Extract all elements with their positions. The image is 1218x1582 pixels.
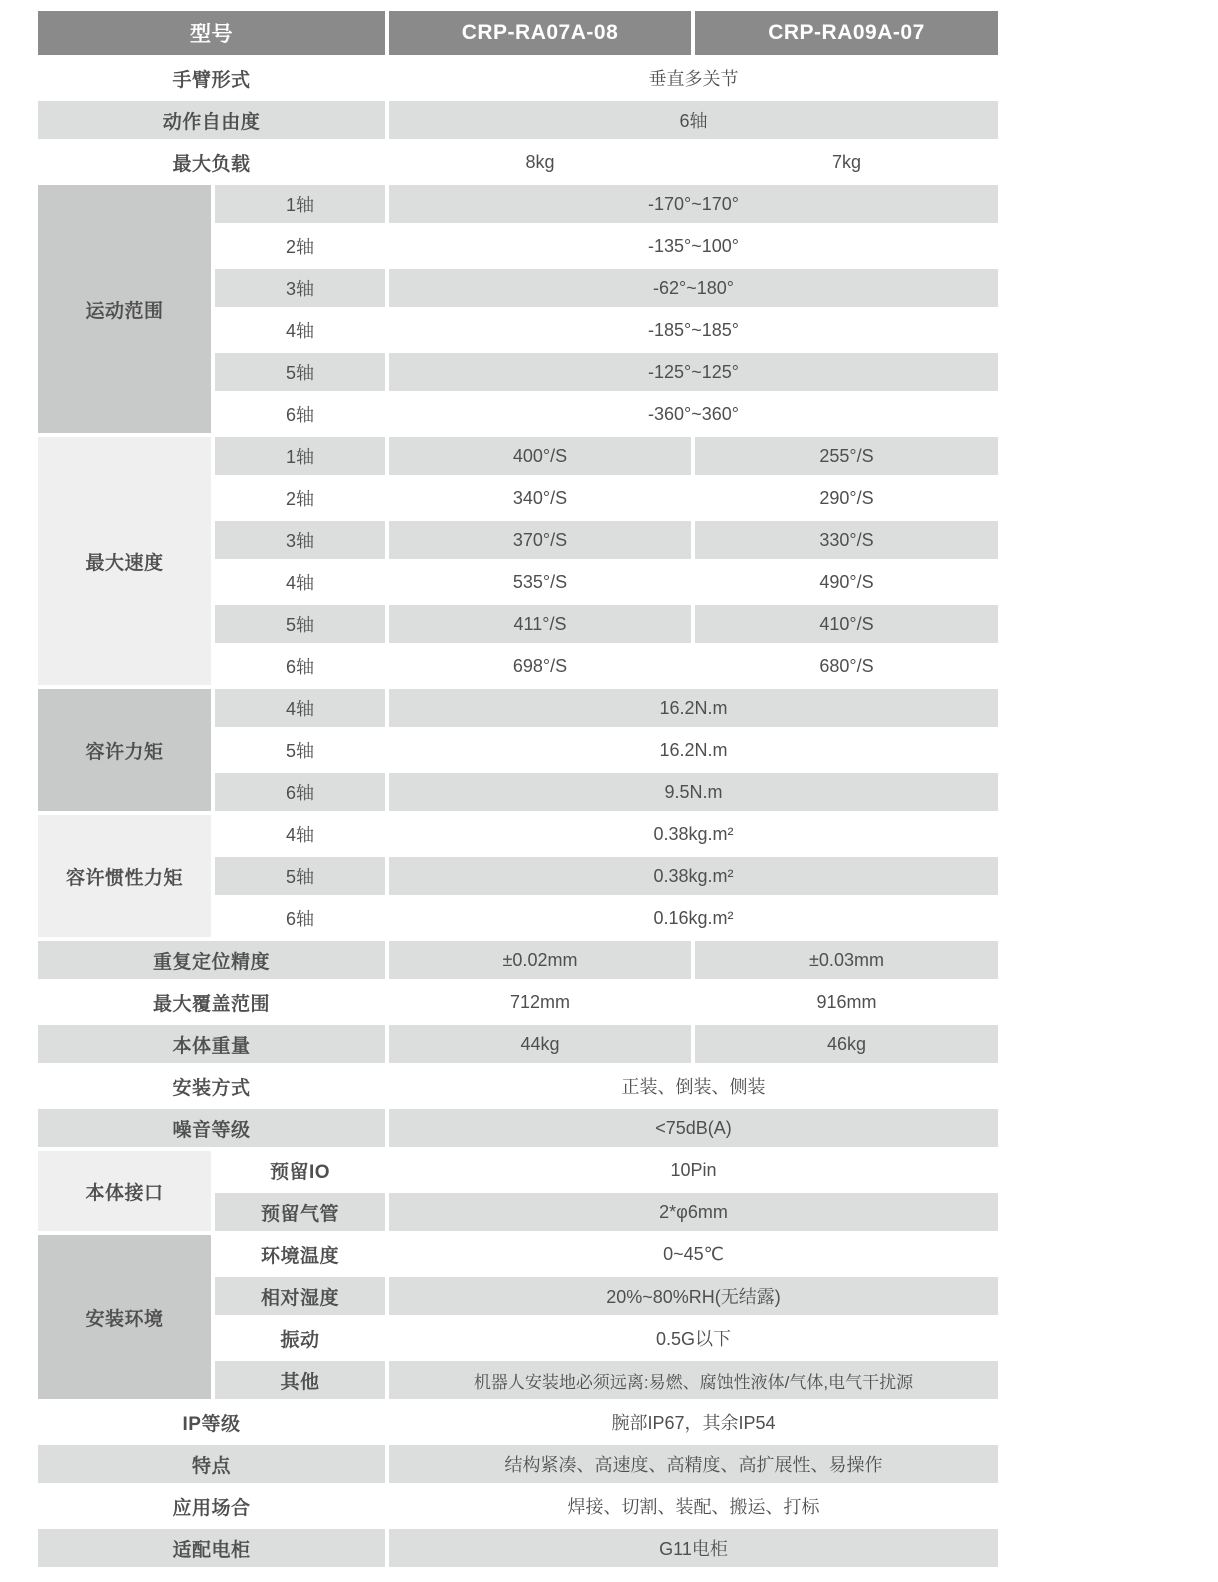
axis-value-model-a: 340°/S bbox=[389, 479, 691, 517]
axis-value-model-b: 410°/S bbox=[695, 605, 998, 643]
axis-row: 4轴 16.2N.m bbox=[215, 689, 998, 727]
axis-value-model-a: 698°/S bbox=[389, 647, 691, 685]
environment-label: 振动 bbox=[215, 1319, 385, 1357]
section-label: 最大速度 bbox=[38, 437, 211, 685]
row-label: 最大覆盖范围 bbox=[38, 983, 385, 1021]
header-model-a: CRP-RA07A-08 bbox=[389, 11, 691, 55]
interface-row: 预留气管 2*φ6mm bbox=[215, 1193, 998, 1231]
section-allowable-inertia: 容许惯性力矩 4轴 0.38kg.m² 5轴 0.38kg.m² 6轴 0.16… bbox=[38, 815, 998, 937]
axis-label: 5轴 bbox=[215, 731, 385, 769]
axis-value-model-b: 290°/S bbox=[695, 479, 998, 517]
axis-row: 1轴 -170°~170° bbox=[215, 185, 998, 223]
row-value: G11电柜 bbox=[389, 1529, 998, 1567]
row-value: 6轴 bbox=[389, 101, 998, 139]
environment-value: 20%~80%RH(无结露) bbox=[389, 1277, 998, 1315]
row-label: 手臂形式 bbox=[38, 59, 385, 97]
axis-label: 6轴 bbox=[215, 773, 385, 811]
row-value-model-a: ±0.02mm bbox=[389, 941, 691, 979]
section-rows: 1轴 -170°~170° 2轴 -135°~100° 3轴 -62°~180°… bbox=[215, 185, 998, 433]
axis-value: 0.16kg.m² bbox=[389, 899, 998, 937]
row-value: <75dB(A) bbox=[389, 1109, 998, 1147]
axis-value-model-a: 535°/S bbox=[389, 563, 691, 601]
row-max-reach: 最大覆盖范围 712mm 916mm bbox=[38, 983, 998, 1021]
row-cabinet: 适配电柜 G11电柜 bbox=[38, 1529, 998, 1567]
row-value: 结构紧凑、高速度、高精度、高扩展性、易操作 bbox=[389, 1445, 998, 1483]
row-body-weight: 本体重量 44kg 46kg bbox=[38, 1025, 998, 1063]
row-dof: 动作自由度 6轴 bbox=[38, 101, 998, 139]
axis-row: 4轴 535°/S 490°/S bbox=[215, 563, 998, 601]
row-value-model-b: 46kg bbox=[695, 1025, 998, 1063]
interface-row: 预留IO 10Pin bbox=[215, 1151, 998, 1189]
axis-row: 5轴 16.2N.m bbox=[215, 731, 998, 769]
section-label: 本体接口 bbox=[38, 1151, 211, 1231]
axis-label: 1轴 bbox=[215, 185, 385, 223]
axis-label: 6轴 bbox=[215, 647, 385, 685]
axis-row: 3轴 370°/S 330°/S bbox=[215, 521, 998, 559]
row-max-payload: 最大负载 8kg 7kg bbox=[38, 143, 998, 181]
row-label: 最大负载 bbox=[38, 143, 385, 181]
environment-value: 机器人安装地必须远离:易燃、腐蚀性液体/气体,电气干扰源 bbox=[389, 1361, 998, 1399]
row-repeatability: 重复定位精度 ±0.02mm ±0.03mm bbox=[38, 941, 998, 979]
interface-value: 2*φ6mm bbox=[389, 1193, 998, 1231]
row-value-model-b: ±0.03mm bbox=[695, 941, 998, 979]
axis-row: 3轴 -62°~180° bbox=[215, 269, 998, 307]
axis-label: 3轴 bbox=[215, 521, 385, 559]
row-label: 应用场合 bbox=[38, 1487, 385, 1525]
axis-label: 6轴 bbox=[215, 899, 385, 937]
axis-label: 2轴 bbox=[215, 479, 385, 517]
row-value: 垂直多关节 bbox=[389, 59, 998, 97]
interface-value: 10Pin bbox=[389, 1151, 998, 1189]
robot-spec-table: 型号 CRP-RA07A-08 CRP-RA09A-07 手臂形式 垂直多关节 … bbox=[38, 11, 998, 1567]
header-model-label: 型号 bbox=[38, 11, 385, 55]
environment-label: 相对湿度 bbox=[215, 1277, 385, 1315]
row-value: 腕部IP67，其余IP54 bbox=[389, 1403, 998, 1441]
axis-value-model-a: 400°/S bbox=[389, 437, 691, 475]
axis-row: 6轴 698°/S 680°/S bbox=[215, 647, 998, 685]
axis-value: 0.38kg.m² bbox=[389, 857, 998, 895]
table-header-row: 型号 CRP-RA07A-08 CRP-RA09A-07 bbox=[38, 11, 998, 55]
environment-row: 其他 机器人安装地必须远离:易燃、腐蚀性液体/气体,电气干扰源 bbox=[215, 1361, 998, 1399]
axis-label: 4轴 bbox=[215, 563, 385, 601]
axis-row: 6轴 0.16kg.m² bbox=[215, 899, 998, 937]
axis-value-model-a: 370°/S bbox=[389, 521, 691, 559]
row-label: 重复定位精度 bbox=[38, 941, 385, 979]
row-ip-rating: IP等级 腕部IP67，其余IP54 bbox=[38, 1403, 998, 1441]
axis-label: 4轴 bbox=[215, 311, 385, 349]
row-applications: 应用场合 焊接、切割、装配、搬运、打标 bbox=[38, 1487, 998, 1525]
header-model-b: CRP-RA09A-07 bbox=[695, 11, 998, 55]
section-rows: 4轴 16.2N.m 5轴 16.2N.m 6轴 9.5N.m bbox=[215, 689, 998, 811]
axis-value: -360°~360° bbox=[389, 395, 998, 433]
axis-value-model-b: 330°/S bbox=[695, 521, 998, 559]
row-value-model-a: 8kg bbox=[389, 143, 691, 181]
environment-row: 相对湿度 20%~80%RH(无结露) bbox=[215, 1277, 998, 1315]
axis-row: 6轴 -360°~360° bbox=[215, 395, 998, 433]
row-features: 特点 结构紧凑、高速度、高精度、高扩展性、易操作 bbox=[38, 1445, 998, 1483]
row-noise-level: 噪音等级 <75dB(A) bbox=[38, 1109, 998, 1147]
row-label: 本体重量 bbox=[38, 1025, 385, 1063]
environment-label: 环境温度 bbox=[215, 1235, 385, 1273]
row-label: 适配电柜 bbox=[38, 1529, 385, 1567]
axis-label: 3轴 bbox=[215, 269, 385, 307]
axis-row: 4轴 -185°~185° bbox=[215, 311, 998, 349]
axis-value-model-b: 680°/S bbox=[695, 647, 998, 685]
row-label: 安装方式 bbox=[38, 1067, 385, 1105]
axis-value-model-b: 255°/S bbox=[695, 437, 998, 475]
axis-value-model-b: 490°/S bbox=[695, 563, 998, 601]
spec-sheet-page: 型号 CRP-RA07A-08 CRP-RA09A-07 手臂形式 垂直多关节 … bbox=[0, 0, 1218, 1582]
axis-label: 5轴 bbox=[215, 857, 385, 895]
axis-value: -135°~100° bbox=[389, 227, 998, 265]
axis-value: -125°~125° bbox=[389, 353, 998, 391]
axis-row: 5轴 -125°~125° bbox=[215, 353, 998, 391]
axis-row: 2轴 340°/S 290°/S bbox=[215, 479, 998, 517]
row-label: 特点 bbox=[38, 1445, 385, 1483]
environment-value: 0~45℃ bbox=[389, 1235, 998, 1273]
row-value-model-b: 916mm bbox=[695, 983, 998, 1021]
axis-value: 16.2N.m bbox=[389, 689, 998, 727]
environment-label: 其他 bbox=[215, 1361, 385, 1399]
environment-value: 0.5G以下 bbox=[389, 1319, 998, 1357]
row-value: 正装、倒装、侧装 bbox=[389, 1067, 998, 1105]
axis-value: -62°~180° bbox=[389, 269, 998, 307]
axis-row: 5轴 0.38kg.m² bbox=[215, 857, 998, 895]
interface-label: 预留IO bbox=[215, 1151, 385, 1189]
axis-label: 5轴 bbox=[215, 605, 385, 643]
section-body-interface: 本体接口 预留IO 10Pin 预留气管 2*φ6mm bbox=[38, 1151, 998, 1231]
axis-row: 2轴 -135°~100° bbox=[215, 227, 998, 265]
section-install-environment: 安装环境 环境温度 0~45℃ 相对湿度 20%~80%RH(无结露) 振动 0… bbox=[38, 1235, 998, 1399]
axis-value: 0.38kg.m² bbox=[389, 815, 998, 853]
axis-row: 1轴 400°/S 255°/S bbox=[215, 437, 998, 475]
row-value-model-a: 712mm bbox=[389, 983, 691, 1021]
section-label: 安装环境 bbox=[38, 1235, 211, 1399]
environment-row: 环境温度 0~45℃ bbox=[215, 1235, 998, 1273]
axis-label: 4轴 bbox=[215, 815, 385, 853]
axis-value: 16.2N.m bbox=[389, 731, 998, 769]
row-label: IP等级 bbox=[38, 1403, 385, 1441]
axis-label: 5轴 bbox=[215, 353, 385, 391]
row-mounting: 安装方式 正装、倒装、侧装 bbox=[38, 1067, 998, 1105]
axis-row: 4轴 0.38kg.m² bbox=[215, 815, 998, 853]
section-allowable-torque: 容许力矩 4轴 16.2N.m 5轴 16.2N.m 6轴 9.5N.m bbox=[38, 689, 998, 811]
section-motion-range: 运动范围 1轴 -170°~170° 2轴 -135°~100° 3轴 -62°… bbox=[38, 185, 998, 433]
axis-label: 2轴 bbox=[215, 227, 385, 265]
section-label: 容许力矩 bbox=[38, 689, 211, 811]
row-label: 动作自由度 bbox=[38, 101, 385, 139]
section-label: 运动范围 bbox=[38, 185, 211, 433]
row-label: 噪音等级 bbox=[38, 1109, 385, 1147]
section-rows: 1轴 400°/S 255°/S 2轴 340°/S 290°/S 3轴 370… bbox=[215, 437, 998, 685]
environment-row: 振动 0.5G以下 bbox=[215, 1319, 998, 1357]
axis-value: 9.5N.m bbox=[389, 773, 998, 811]
axis-row: 5轴 411°/S 410°/S bbox=[215, 605, 998, 643]
row-arm-type: 手臂形式 垂直多关节 bbox=[38, 59, 998, 97]
axis-label: 6轴 bbox=[215, 395, 385, 433]
axis-label: 4轴 bbox=[215, 689, 385, 727]
axis-label: 1轴 bbox=[215, 437, 385, 475]
section-rows: 预留IO 10Pin 预留气管 2*φ6mm bbox=[215, 1151, 998, 1231]
row-value: 焊接、切割、装配、搬运、打标 bbox=[389, 1487, 998, 1525]
section-rows: 环境温度 0~45℃ 相对湿度 20%~80%RH(无结露) 振动 0.5G以下… bbox=[215, 1235, 998, 1399]
section-rows: 4轴 0.38kg.m² 5轴 0.38kg.m² 6轴 0.16kg.m² bbox=[215, 815, 998, 937]
interface-label: 预留气管 bbox=[215, 1193, 385, 1231]
row-value-model-a: 44kg bbox=[389, 1025, 691, 1063]
axis-value: -170°~170° bbox=[389, 185, 998, 223]
axis-value-model-a: 411°/S bbox=[389, 605, 691, 643]
section-label: 容许惯性力矩 bbox=[38, 815, 211, 937]
axis-row: 6轴 9.5N.m bbox=[215, 773, 998, 811]
axis-value: -185°~185° bbox=[389, 311, 998, 349]
row-value-model-b: 7kg bbox=[695, 143, 998, 181]
section-max-speed: 最大速度 1轴 400°/S 255°/S 2轴 340°/S 290°/S 3… bbox=[38, 437, 998, 685]
